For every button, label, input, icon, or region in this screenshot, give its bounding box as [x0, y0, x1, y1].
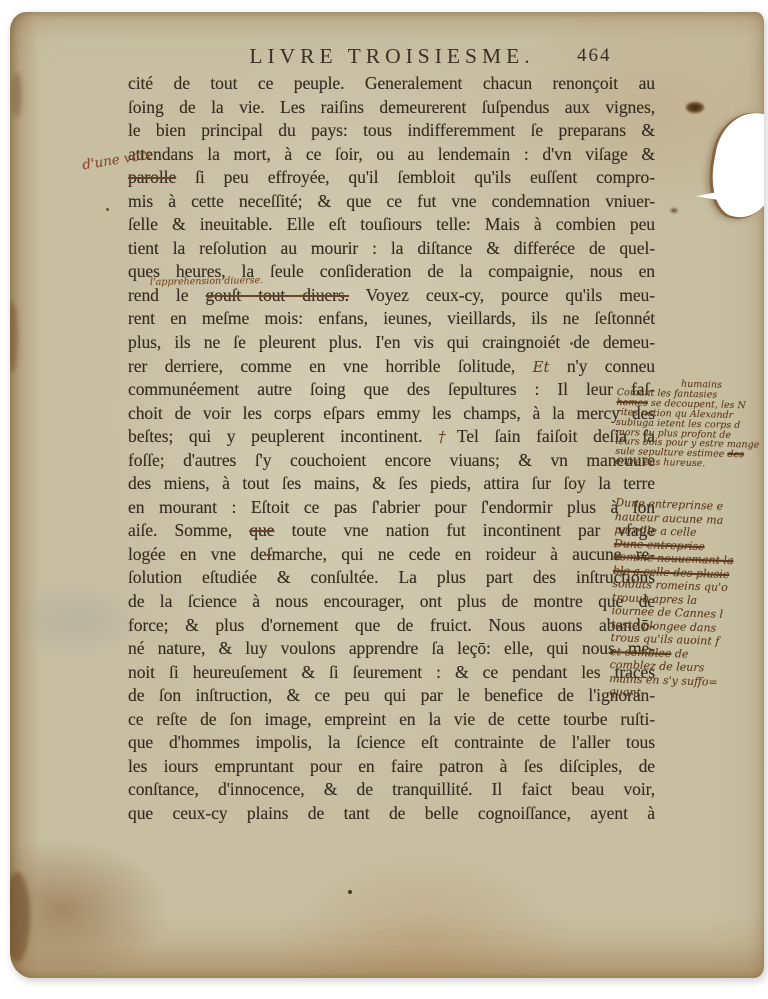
print-text: attendans la mort, à ce ſoir, ou au lend…: [128, 144, 655, 164]
struck-text: parolle: [128, 167, 176, 187]
text-line: né nature, & luy voulons apprendre ſa le…: [128, 637, 655, 661]
print-text: que d'hommes impolis, la ſcience eſt con…: [128, 732, 655, 752]
text-line: choit de voir les corps eſpars emmy les …: [128, 402, 655, 426]
print-text: de ſon inſtruction, & ce peu qui par le …: [128, 685, 655, 705]
edge-stain: [10, 872, 30, 962]
text-line: que ceux-cy plains de tant de belle cogn…: [128, 802, 655, 826]
text-line: logée en vne deſmarche, qui ne cede en r…: [128, 543, 655, 567]
print-text: n'y conneu: [549, 356, 655, 376]
struck-text: gouſt tout diuers.: [205, 285, 348, 305]
pen-overwrite: †: [438, 428, 457, 446]
text-line: communéement autre ſoing que des ſepultu…: [128, 378, 655, 402]
print-text: ſi peu effroyée, qu'il ſembloit qu'ils e…: [176, 167, 655, 187]
print-text: noit ſi heureuſement & ſi ſeurement : & …: [128, 662, 655, 682]
print-text: rent en meſme mois: enfans, ieunes, viei…: [128, 308, 655, 328]
text-line: beſtes; qui y peuplerent incontinent. †T…: [128, 425, 655, 449]
print-text: ſelle & ineuitable. Elle eſt touſiours t…: [128, 214, 655, 234]
print-text: beſtes; qui y peuplerent incontinent.: [128, 426, 438, 446]
print-text: entre eus hureuse.: [615, 456, 706, 469]
print-text: tient la reſolution au mourir : la diſta…: [128, 238, 655, 258]
text-line: ſelle & ineuitable. Elle eſt touſiours t…: [128, 213, 655, 237]
text-line: conſtance, d'innocence, & de tranquillit…: [128, 778, 655, 802]
text-line: rend le gouſt tout diuers. Voyez ceux-cy…: [128, 284, 655, 308]
paper-tear: [705, 107, 764, 223]
text-line: ſoing de la vie. Les raiſins demeurerent…: [128, 96, 655, 120]
struck-text: des: [727, 449, 744, 460]
print-text: que ceux-cy plains de tant de belle cogn…: [128, 803, 655, 823]
text-line: attendans la mort, à ce ſoir, ou au lend…: [128, 143, 655, 167]
print-text: foſſe; d'autres ſ'y couchoient encore vi…: [128, 450, 655, 470]
text-line: tient la reſolution au mourir : la diſta…: [128, 237, 655, 261]
text-line: de ſon inſtruction, & ce peu qui par le …: [128, 684, 655, 708]
text-line: ſolution eſtudiée & conſultée. La plus p…: [128, 566, 655, 590]
scan-backdrop: LIVRE TROISIESME. 464 cité de tout ce pe…: [0, 0, 768, 999]
text-line: le bien principal du pays: tous indiffer…: [128, 119, 655, 143]
paper-fleck: [106, 208, 109, 211]
print-text: en mourant : Eſtoit ce pas ſ'abrier pour…: [128, 497, 655, 517]
body-text: cité de tout ce peuple. Generalement cha…: [128, 72, 655, 826]
right-margin-annotation-1: humainsComant les fantasieshomes se deco…: [615, 378, 764, 471]
text-line: en mourant : Eſtoit ce pas ſ'abrier pour…: [128, 496, 655, 520]
text-line: ce reſte de ſon image, empreint en la vi…: [128, 708, 655, 732]
print-text: communéement autre ſoing que des ſepultu…: [128, 379, 655, 399]
singe-mark: [686, 102, 704, 113]
print-text: ſolution eſtudiée & conſultée. La plus p…: [128, 567, 655, 587]
print-text: né nature, & luy voulons apprendre ſa le…: [128, 638, 655, 658]
text-line: rent en meſme mois: enfans, ieunes, viei…: [128, 307, 655, 331]
interlinear-annotation: l'apprehension diuerse.: [150, 275, 263, 288]
print-text: de la ſcience à nous encourager, ont plu…: [128, 591, 655, 611]
print-text: rend le: [128, 285, 205, 305]
pen-overwrite: Et: [533, 358, 550, 376]
print-text: logée en vne de: [128, 544, 267, 564]
print-text: mis à cette neceſſité; & que ce fut vne …: [128, 191, 655, 211]
book-page: LIVRE TROISIESME. 464 cité de tout ce pe…: [10, 12, 764, 978]
running-header: LIVRE TROISIESME. 464: [128, 44, 656, 70]
print-text: toute vne nation fut incontinent par vſa…: [274, 520, 655, 540]
text-line: force; & plus d'ornement que de fruict. …: [128, 614, 655, 638]
text-line: noit ſi heureuſement & ſi ſeurement : & …: [128, 661, 655, 685]
print-text: rer derriere, comme en vne horrible ſoli…: [128, 356, 533, 376]
text-line: parolle ſi peu effroyée, qu'il ſembloit …: [128, 166, 655, 190]
text-line: foſſe; d'autres ſ'y couchoient encore vi…: [128, 449, 655, 473]
print-text: choit de voir les corps eſpars emmy les …: [128, 403, 655, 423]
print-text: ce reſte de ſon image, empreint en la vi…: [128, 709, 655, 729]
paper-fleck: [348, 890, 352, 894]
edge-stain: [10, 302, 18, 372]
text-line: aiſe. Somme, que toute vne nation fut in…: [128, 519, 655, 543]
text-line: les iours empruntant pour en faire patro…: [128, 755, 655, 779]
print-text: force; & plus d'ornement que de fruict. …: [128, 615, 655, 635]
print-text: conſtance, d'innocence, & de tranquillit…: [128, 779, 655, 799]
text-line: cité de tout ce peuple. Generalement cha…: [128, 72, 655, 96]
print-text: cité de tout ce peuple. Generalement cha…: [128, 73, 655, 93]
struck-text: que: [249, 520, 274, 540]
print-text: des miens, à tout ſes mains, & ſes pieds…: [128, 473, 655, 493]
singe-mark: [670, 208, 678, 213]
text-line: que d'hommes impolis, la ſcience eſt con…: [128, 731, 655, 755]
print-text: ſoing de la vie. Les raiſins demeurerent…: [128, 97, 655, 117]
print-text: quant.: [609, 685, 645, 699]
print-text: marche, qui ne cede en roideur à aucune …: [271, 544, 655, 564]
text-line: mis à cette neceſſité; & que ce fut vne …: [128, 190, 655, 214]
text-line: des miens, à tout ſes mains, & ſes pieds…: [128, 472, 655, 496]
print-text: plus, ils ne ſe pleurent plus. I'en vis …: [128, 332, 655, 352]
print-text: Voyez ceux-cy, pource qu'ils meu-: [349, 285, 655, 305]
print-text: les iours empruntant pour en faire patro…: [128, 756, 655, 776]
print-text: de: [671, 647, 689, 661]
text-line: rer derriere, comme en vne horrible ſoli…: [128, 355, 655, 379]
page-number: 464: [577, 45, 612, 67]
paper-fleck: [570, 342, 573, 345]
print-text: le bien principal du pays: tous indiffer…: [128, 120, 655, 140]
right-margin-annotation-2: Dune entreprinse ehauteur aucune maparei…: [609, 496, 764, 704]
text-line: de la ſcience à nous encourager, ont plu…: [128, 590, 655, 614]
print-text: aiſe. Somme,: [128, 520, 249, 540]
text-line: plus, ils ne ſe pleurent plus. I'en vis …: [128, 331, 655, 355]
edge-stain: [12, 72, 22, 118]
